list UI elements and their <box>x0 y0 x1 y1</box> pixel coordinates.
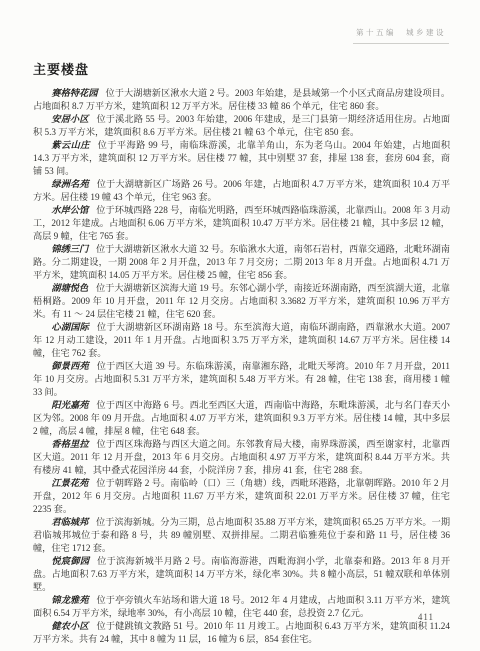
building-entry: 阳光嘉苑位于西区中海路 6 号。西北至西区大道，西南临中海路，东毗珠游溪，北与名… <box>33 399 450 438</box>
building-entry: 湖塘悦色位于大湖塘新区滨海大道 19 号。东邻心湖小学，南接近环湖南路，西至滨湖… <box>33 282 450 321</box>
entry-description: 位于朝晖路 2 号。南临岭（口）三（角塘）线，西毗环港路，北靠朝晖路。2010 … <box>33 478 450 514</box>
entry-name: 锦龙雅苑 <box>51 595 88 605</box>
building-entry: 御景西苑位于西区大道 39 号。东临珠游溪，南靠湘东路，北毗天琴湾。2010 年… <box>33 360 450 399</box>
entry-description: 位于环城西路 228 号，南临光明路，西至环城西路临珠游溪，北靠西山。2008 … <box>33 205 450 241</box>
building-entry: 悦宸御园位于滨海新城半月路 2 号。南临海游港，西毗海润小学，北靠泰和路。201… <box>33 555 450 594</box>
entry-name: 香格里拉 <box>51 439 88 449</box>
running-header: 第十五编 城乡建设 <box>353 27 449 44</box>
building-entry: 江景花苑位于朝晖路 2 号。南临岭（口）三（角塘）线，西毗环港路，北靠朝晖路。2… <box>33 477 450 516</box>
entry-name: 健农小区 <box>51 621 88 631</box>
entry-name: 江景花苑 <box>51 478 88 488</box>
entry-description: 位于亭旁镇火车站场和谐大道 18 号。2012 年 4 月建成，占地面积 3.1… <box>33 595 450 618</box>
page-content: 主要楼盘 赛格特花园位于大湖塘新区湫水大道 2 号。2003 年始建，是县域第一… <box>33 59 450 646</box>
entry-description: 位于西区大道 39 号。东临珠游溪，南靠湘东路，北毗天琴湾。2010 年 7 月… <box>33 361 450 397</box>
section-title: 主要楼盘 <box>33 59 450 78</box>
building-entry: 君临城邦位于滨海新城。分为三期，总占地面积 35.88 万平方米，建筑面积 65… <box>33 516 450 555</box>
entry-description: 位于滨海新城半月路 2 号。南临海游港，西毗海润小学，北靠泰和路。2013 年 … <box>33 556 450 592</box>
entry-name: 湖塘悦色 <box>51 283 88 293</box>
building-entry: 紫云山庄位于平海路 99 号，南临珠游溪，北靠羊角山，东为老乌山。2004 年始… <box>33 139 450 178</box>
book-page: 第十五编 城乡建设 主要楼盘 赛格特花园位于大湖塘新区湫水大道 2 号。2003… <box>0 0 480 651</box>
page-number: 411 <box>418 612 434 622</box>
entry-name: 阳光嘉苑 <box>51 400 88 410</box>
entry-description: 位于大湖塘新区环湖南路 18 号。东至滨海大道，南临环湖南路，西靠湫水大道。20… <box>33 322 450 358</box>
entry-name: 君临城邦 <box>51 517 88 527</box>
entry-description: 位于健跳镇文教路 51 号。2010 年 11 月竣工。占地面积 6.43 万平… <box>33 621 450 644</box>
entry-description: 位于平海路 99 号，南临珠游溪，北靠羊角山，东为老乌山。2004 年始建，占地… <box>33 140 450 176</box>
entry-description: 位于大湖塘新区广场路 26 号。2006 年建，占地面积 4.7 万平方米，建筑… <box>33 179 450 202</box>
entry-name: 锦绣三门 <box>51 244 88 254</box>
building-entry: 锦龙雅苑位于亭旁镇火车站场和谐大道 18 号。2012 年 4 月建成，占地面积… <box>33 594 450 620</box>
entry-name: 紫云山庄 <box>51 140 89 150</box>
entry-name: 御景西苑 <box>51 361 89 371</box>
entry-description: 位于大湖塘新区湫水大道 32 号。东临湫水大道，南邻石岩村，西靠交通路，北毗环湖… <box>33 244 450 280</box>
entry-description: 位于西区中海路 6 号。西北至西区大道，西南临中海路，东毗珠游溪，北与名门春天小… <box>33 400 450 436</box>
entry-description: 位于西区珠海路与西区大道之间。东邻教育局大楼，南界珠游溪，西至谢家村，北靠西区大… <box>33 439 450 475</box>
building-entry: 香格里拉位于西区珠海路与西区大道之间。东邻教育局大楼，南界珠游溪，西至谢家村，北… <box>33 438 450 477</box>
entry-description: 位于滨海新城。分为三期，总占地面积 35.88 万平方米，建筑面积 65.25 … <box>33 517 450 553</box>
building-entry: 健农小区位于健跳镇文教路 51 号。2010 年 11 月竣工。占地面积 6.4… <box>33 620 450 646</box>
building-entry: 锦绣三门位于大湖塘新区湫水大道 32 号。东临湫水大道，南邻石岩村，西靠交通路，… <box>33 243 450 282</box>
entry-name: 绿洲名苑 <box>51 179 88 189</box>
entry-name: 安居小区 <box>51 114 88 124</box>
entry-name: 悦宸御园 <box>51 556 89 566</box>
entry-description: 位于大湖塘新区滨海大道 19 号。东邻心湖小学，南接近环湖南路，西至滨湖大道，北… <box>33 283 450 319</box>
entry-name: 赛格特花园 <box>51 88 97 98</box>
building-entry: 水岸公馆位于环城西路 228 号，南临光明路，西至环城西路临珠游溪，北靠西山。2… <box>33 204 450 243</box>
entry-description: 位于溪北路 55 号。2003 年始建，2006 年建成，是三门县第一期经济适用… <box>33 114 450 137</box>
entry-name: 心湖国际 <box>51 322 89 332</box>
entry-name: 水岸公馆 <box>51 205 88 215</box>
building-entry: 绿洲名苑位于大湖塘新区广场路 26 号。2006 年建，占地面积 4.7 万平方… <box>33 178 450 204</box>
building-entry: 心湖国际位于大湖塘新区环湖南路 18 号。东至滨海大道，南临环湖南路，西靠湫水大… <box>33 321 450 360</box>
building-entry: 安居小区位于溪北路 55 号。2003 年始建，2006 年建成，是三门县第一期… <box>33 113 450 139</box>
building-entry: 赛格特花园位于大湖塘新区湫水大道 2 号。2003 年始建，是县域第一个小区式商… <box>33 87 450 113</box>
